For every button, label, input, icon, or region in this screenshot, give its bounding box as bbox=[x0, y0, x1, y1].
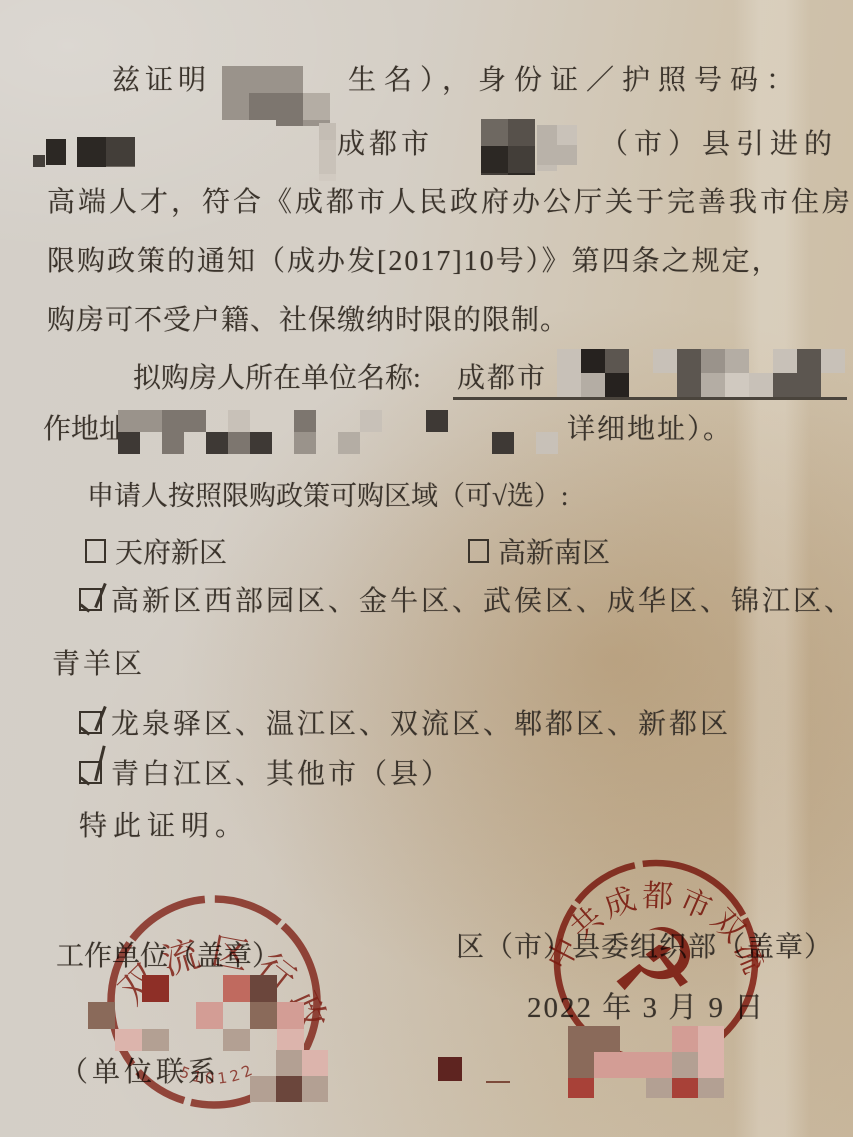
redaction-mosaic bbox=[33, 155, 45, 167]
unit-underline bbox=[453, 397, 847, 400]
line3: 高端人才，符合《成都市人民政府办公厅关于完善我市住房 bbox=[47, 186, 853, 220]
line2-city: 成都市 bbox=[337, 128, 433, 162]
redaction-mosaic bbox=[88, 975, 330, 1051]
redaction-mosaic bbox=[46, 139, 66, 165]
unit-label: 拟购房人所在单位名称: bbox=[133, 362, 421, 396]
option-gaoxin-west-cont: 青羊区 bbox=[52, 648, 145, 682]
line4: 限购政策的通知（成办发[2017]10号）》第四条之规定， bbox=[47, 245, 782, 279]
certificate-document: 兹证明 生名），身份证／护照号码： 成都市 （市）县引进的 高端人才，符合《成都… bbox=[0, 0, 853, 1137]
line5: 购房可不受户籍、社保缴纳时限的限制。 bbox=[47, 304, 569, 338]
redaction-mosaic bbox=[557, 349, 849, 397]
addr-tail: 详细地址）。 bbox=[567, 413, 733, 447]
line1-prefix: 兹证明 bbox=[112, 64, 211, 98]
redaction-mosaic bbox=[118, 410, 566, 454]
redaction-mosaic bbox=[537, 125, 577, 171]
option-gaoxin-west: 高新区西部园区、金牛区、武侯区、成华区、锦江区、 bbox=[79, 585, 853, 619]
redaction-mosaic bbox=[481, 119, 535, 175]
closing-line: 特此证明。 bbox=[79, 810, 249, 844]
option-longquanyi: 龙泉驿区、温江区、双流区、郫都区、新都区 bbox=[79, 708, 731, 742]
line2-tail: （市）县引进的 bbox=[600, 128, 838, 162]
checkbox-longquanyi bbox=[79, 711, 102, 734]
redaction-mosaic bbox=[77, 137, 135, 167]
checkbox-gaoxin-south bbox=[468, 539, 489, 563]
option-qingbaijiang: 青白江区、其他市（县） bbox=[79, 758, 452, 792]
checkbox-qingbaijiang bbox=[79, 761, 102, 784]
option-tianfu: 天府新区 bbox=[85, 537, 227, 571]
unit-value: 成都市 bbox=[457, 362, 547, 396]
checkbox-tianfu bbox=[85, 539, 106, 563]
redaction-mosaic bbox=[438, 1057, 520, 1083]
redaction-mosaic bbox=[224, 1050, 330, 1102]
redaction-mosaic bbox=[319, 123, 336, 181]
option-gaoxin-south: 高新南区 bbox=[468, 537, 610, 571]
checkbox-gaoxin-west bbox=[79, 588, 102, 611]
redaction-mosaic bbox=[568, 1026, 726, 1098]
line1-tail: 生名），身份证／护照号码： bbox=[348, 64, 802, 98]
regions-header: 申请人按照限购政策可购区域（可√选）: bbox=[87, 480, 568, 512]
redaction-mosaic bbox=[222, 66, 344, 126]
